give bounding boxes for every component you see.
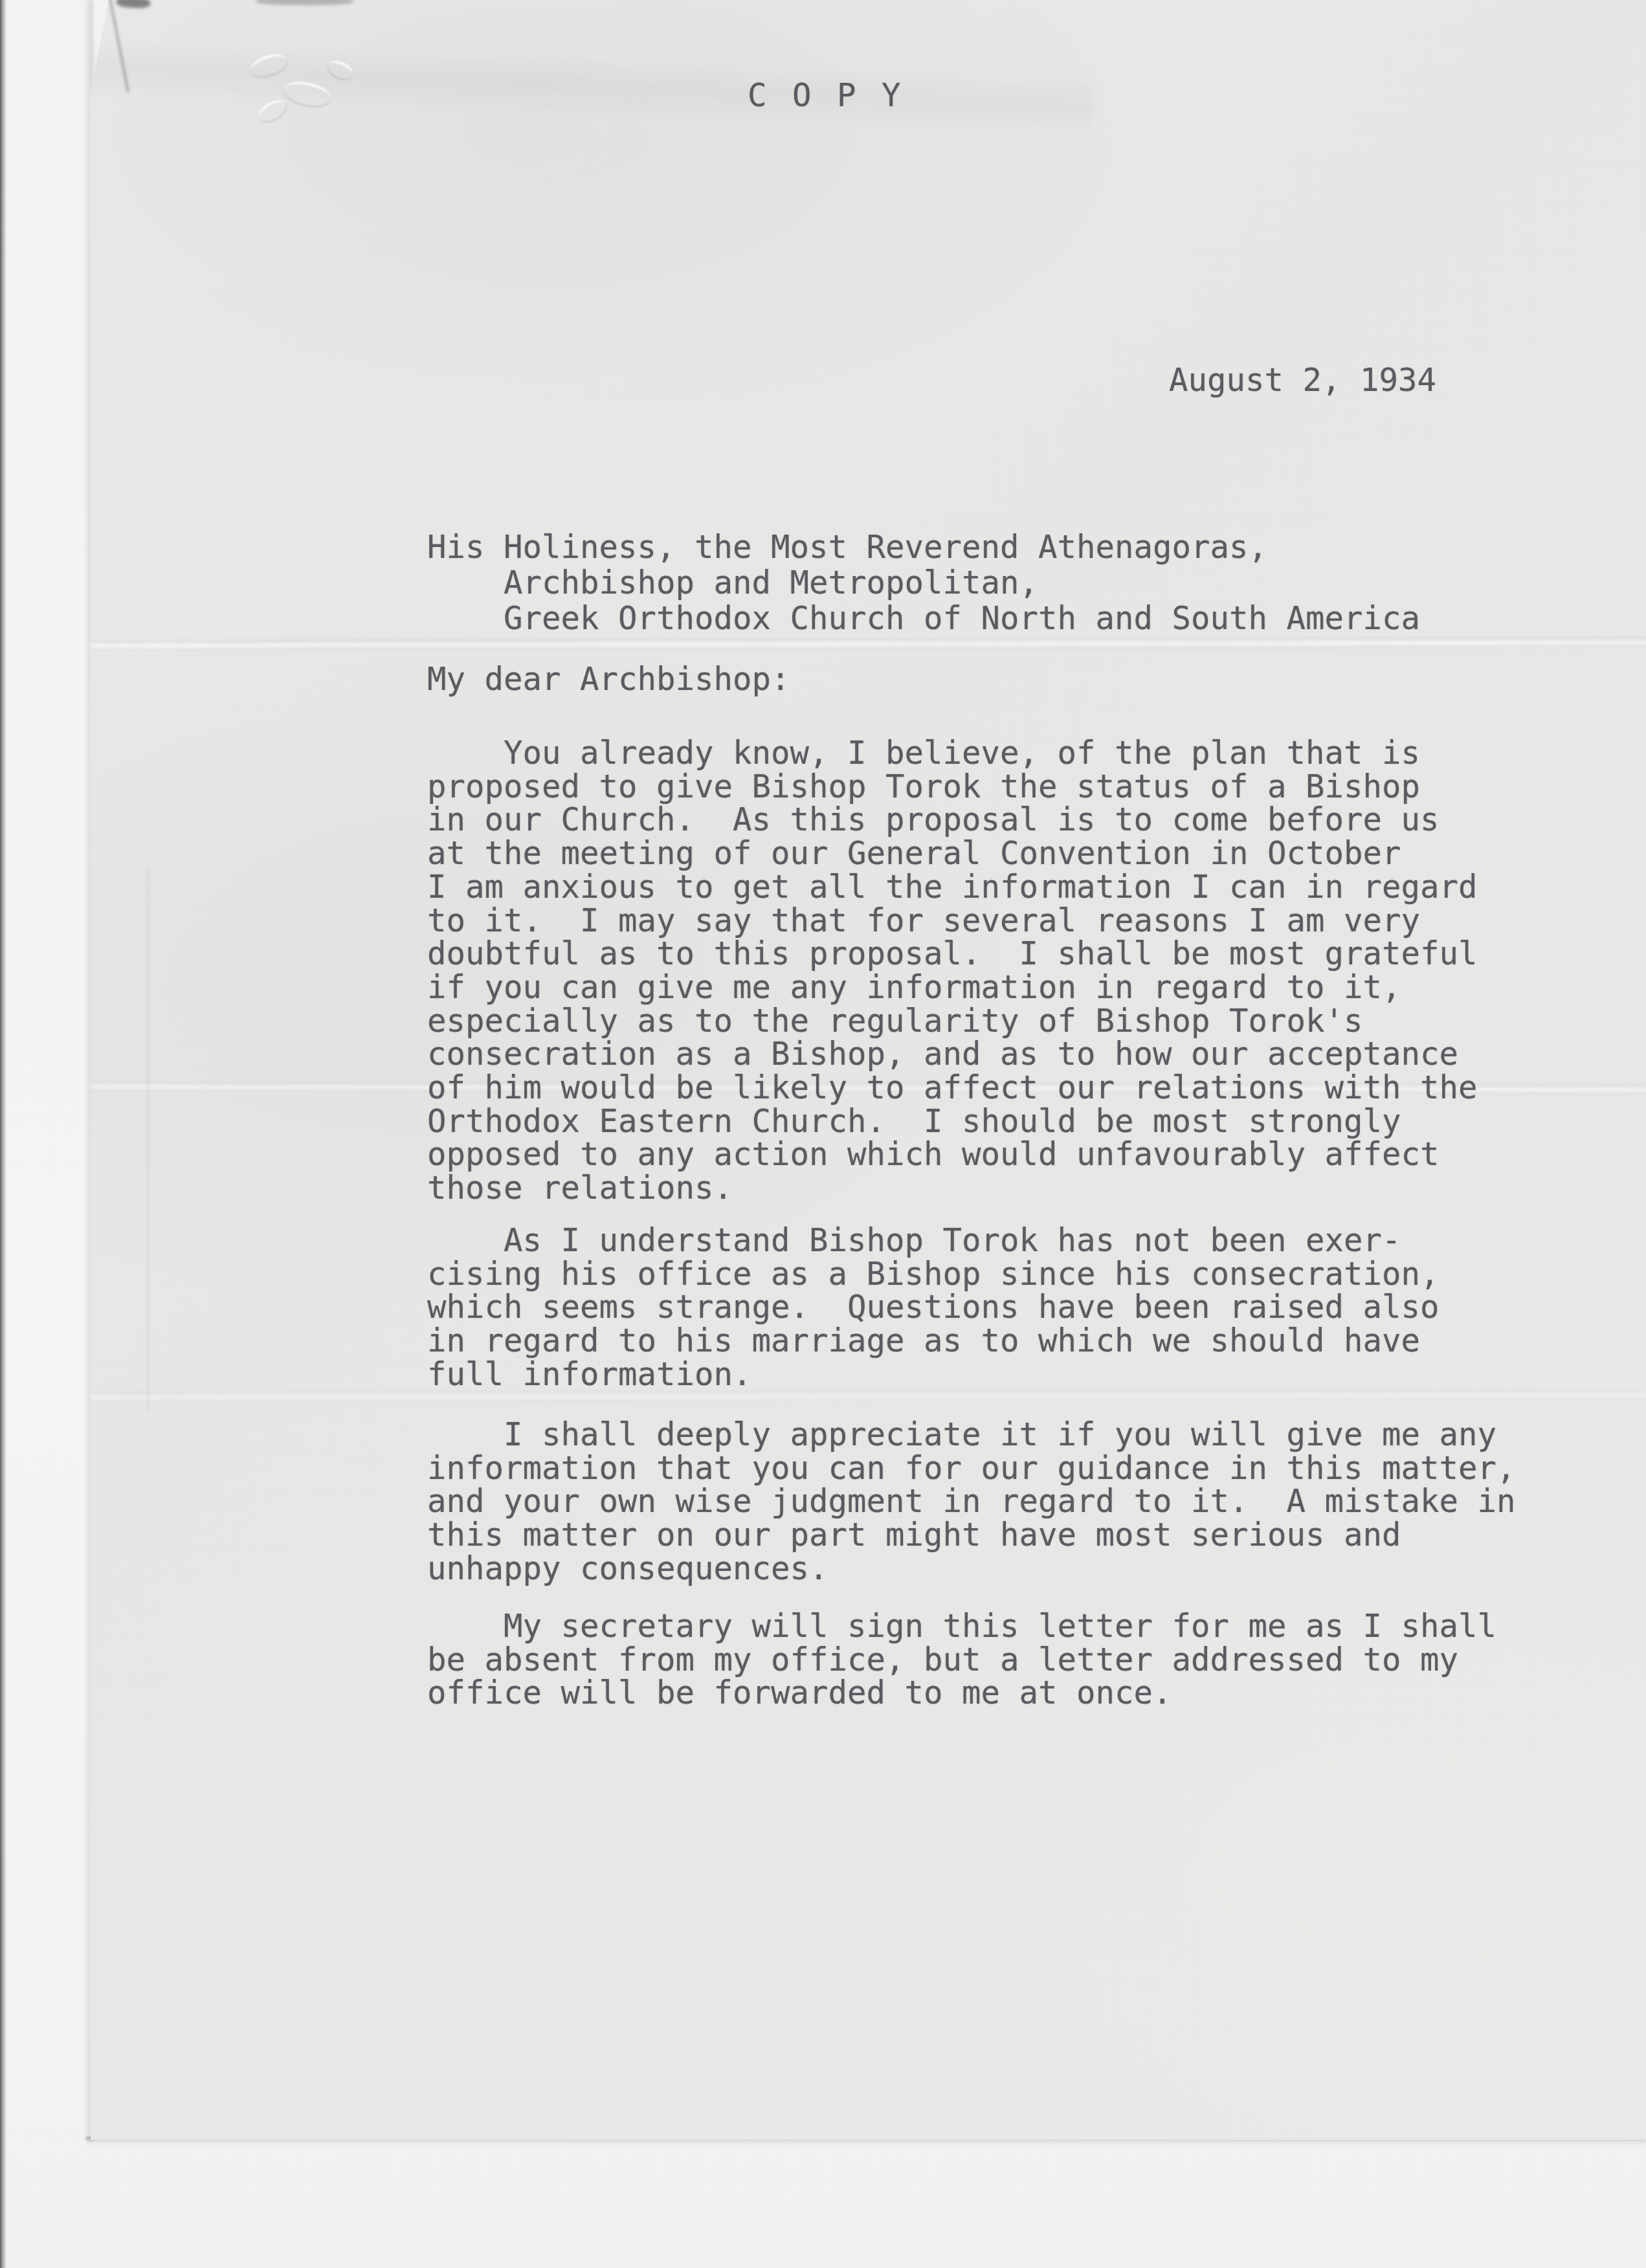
- body-paragraph-1: You already know, I believe, of the plan…: [427, 737, 1478, 1205]
- recipient-address: His Holiness, the Most Reverend Athenago…: [427, 529, 1420, 636]
- body-paragraph-3: I shall deeply appreciate it if you will…: [427, 1418, 1516, 1586]
- date-line: August 2, 1934: [1169, 364, 1436, 397]
- fold-crease-bottom: [91, 1389, 1646, 1404]
- salutation: My dear Archbishop:: [427, 663, 790, 696]
- body-paragraph-4: My secretary will sign this letter for m…: [427, 1610, 1496, 1710]
- body-paragraph-2: As I understand Bishop Torok has not bee…: [427, 1224, 1440, 1392]
- scanner-edge-strip: [0, 0, 6, 2268]
- vertical-crease: [146, 867, 150, 1411]
- top-edge-smudge: [256, 0, 353, 5]
- scanned-letter-page: C O P Y August 2, 1934 His Holiness, the…: [0, 0, 1646, 2268]
- copy-stamp: C O P Y: [748, 79, 904, 113]
